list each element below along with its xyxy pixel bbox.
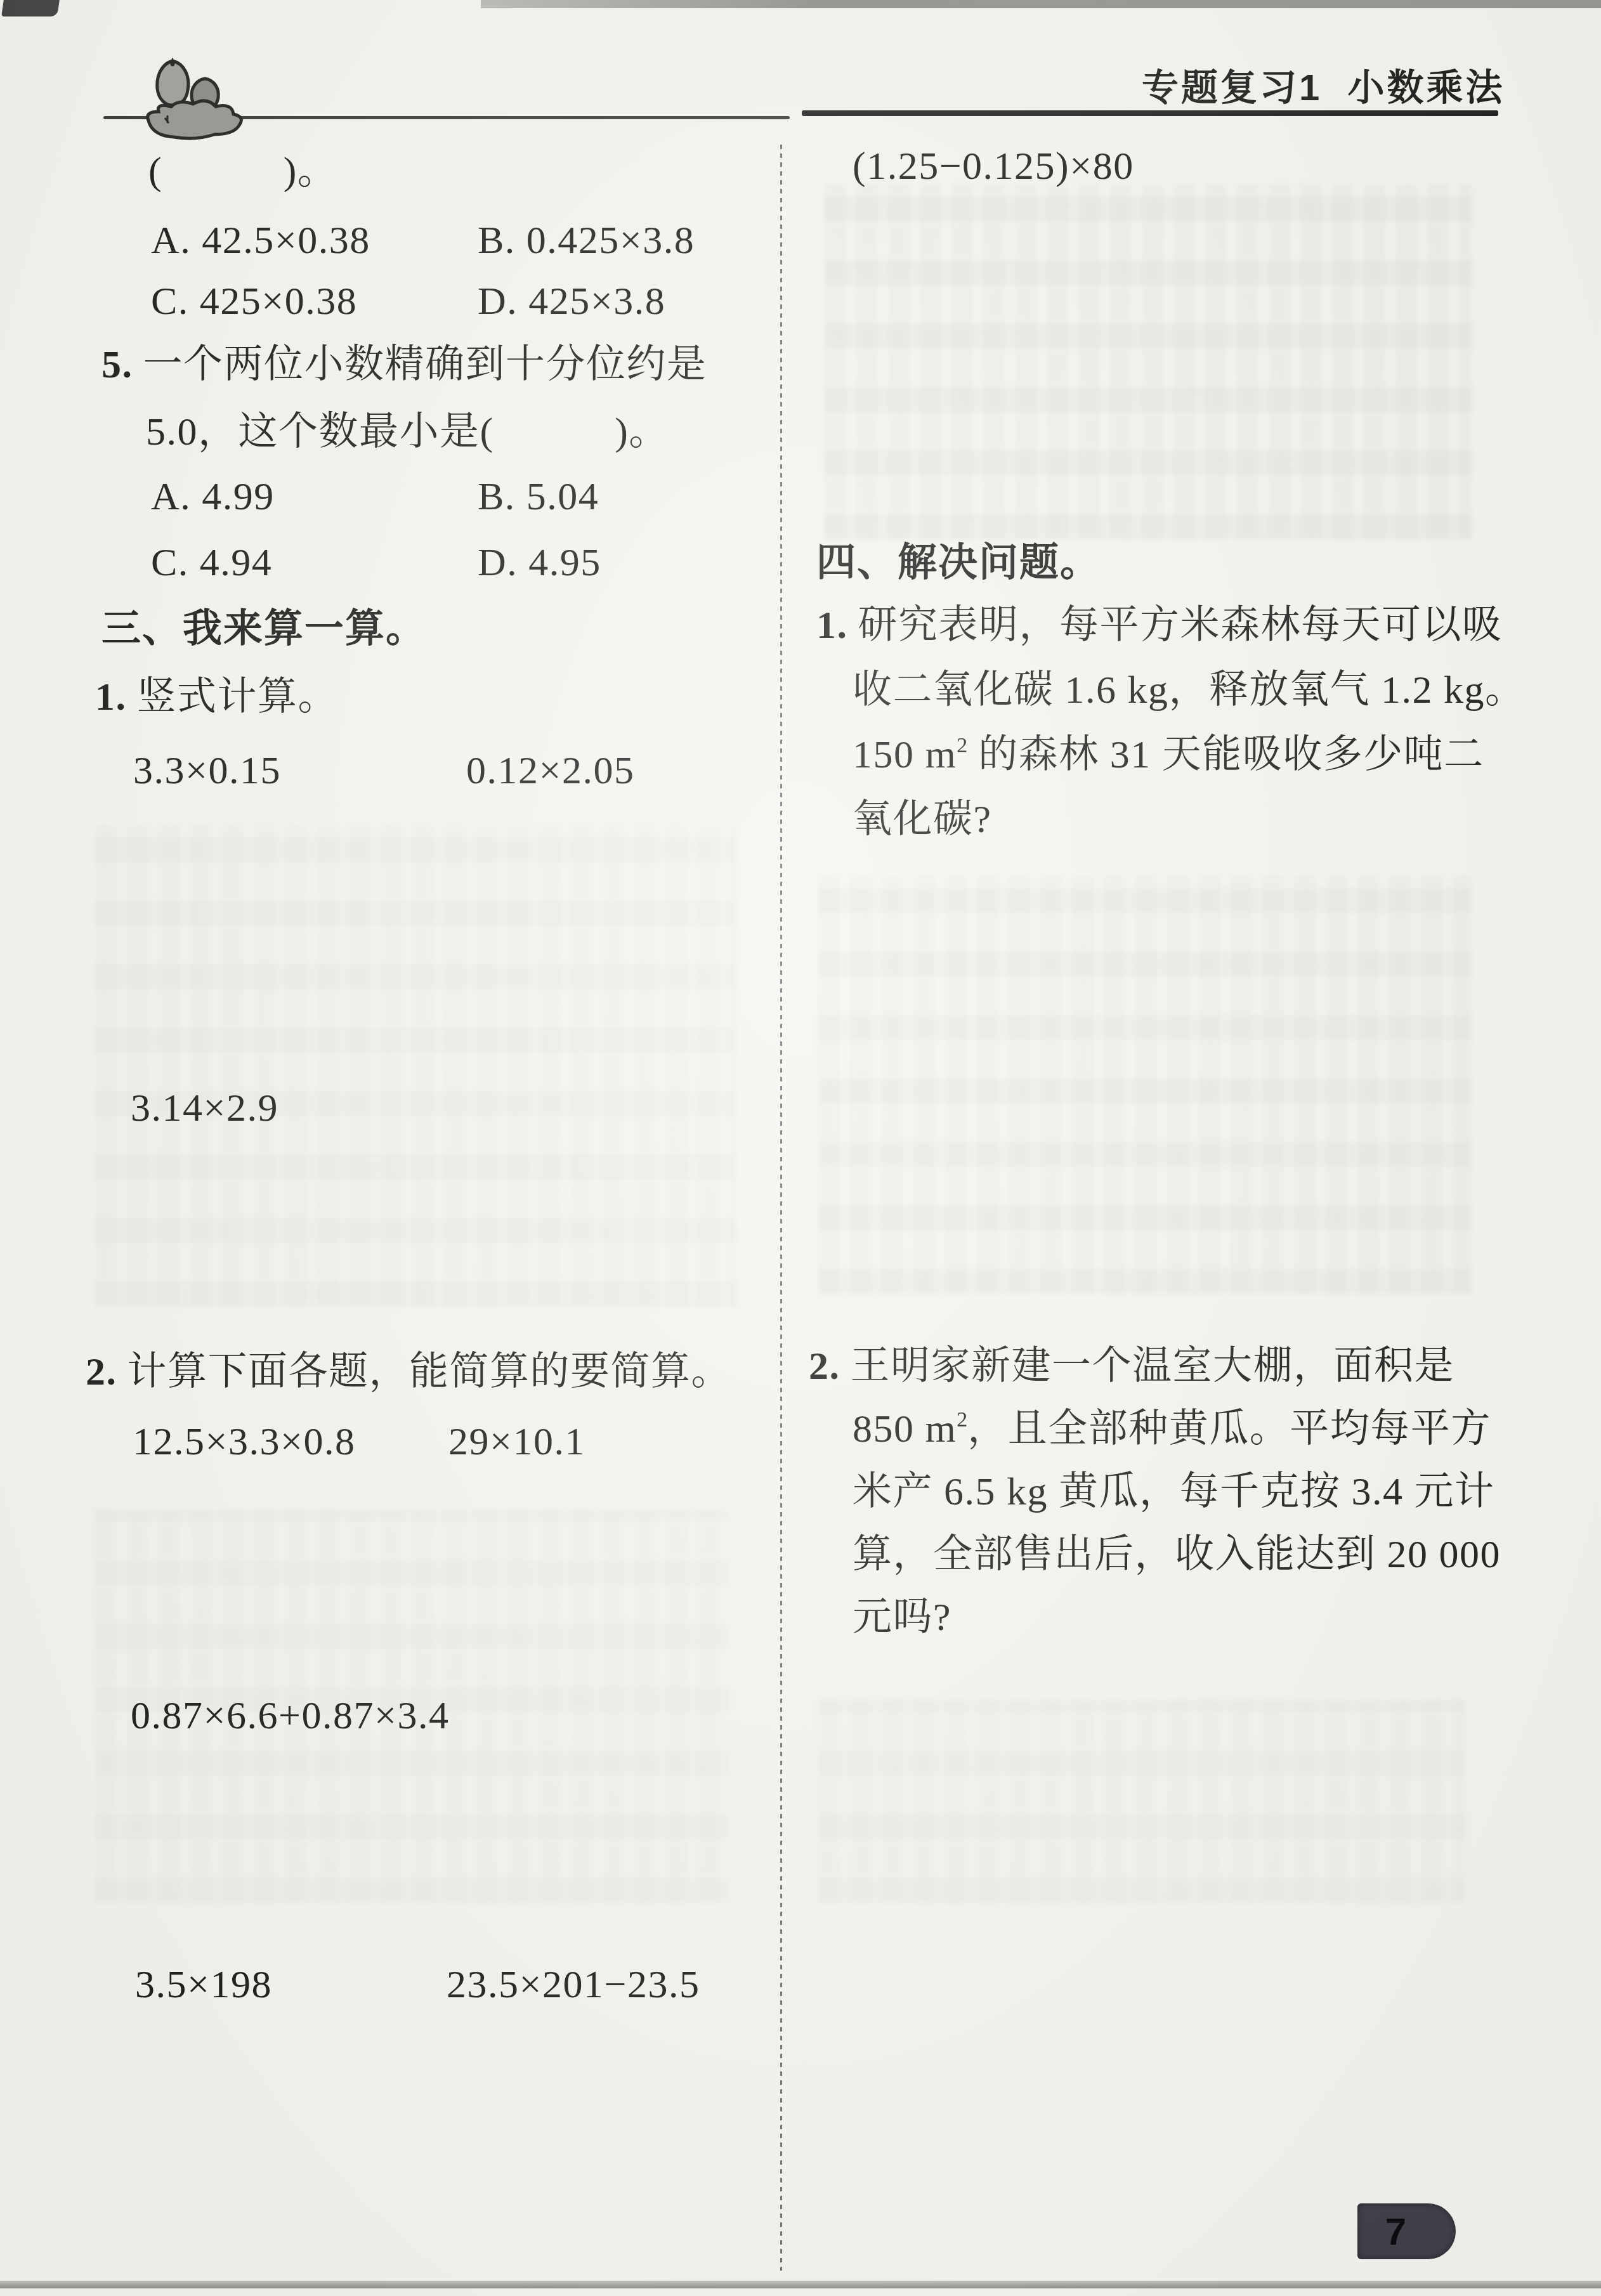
- option-a-q4: A. 42.5×0.38: [151, 218, 370, 263]
- trees-icon: [140, 57, 249, 145]
- option-a-q5: A. 4.99: [151, 474, 275, 519]
- question-5-text: 一个两位小数精确到十分位约是: [143, 343, 707, 386]
- item-1-text: 竖式计算。: [137, 675, 339, 719]
- scan-corner-smudge: [1, 0, 60, 16]
- option-c-q5: C. 4.94: [151, 540, 272, 585]
- expr-vertical-1: 3.3×0.15: [133, 748, 281, 793]
- header-underline: [802, 110, 1498, 116]
- ink-bleedthrough: [818, 1700, 1465, 1903]
- problem-2-line2: 850 m2，且全部种黄瓜。平均每平方: [853, 1407, 1491, 1452]
- option-b-q4: B. 0.425×3.8: [478, 218, 695, 263]
- problem-2-text2-pre: 850 m: [853, 1407, 957, 1451]
- problem-2-text2-post: ，且全部种黄瓜。平均每平方: [967, 1407, 1491, 1451]
- problem-1-number: 1.: [816, 604, 848, 647]
- problem-1-line4: 氧化碳?: [853, 797, 992, 842]
- question-5-number: 5.: [101, 343, 133, 386]
- page-number: 7: [1385, 2210, 1406, 2254]
- page-number-badge: 7: [1357, 2203, 1456, 2259]
- page-title: 专题复习1 小数乘法: [1142, 67, 1505, 110]
- item-2-number: 2.: [86, 1350, 117, 1393]
- option-d-q5: D. 4.95: [478, 540, 601, 585]
- option-c-q4: C. 425×0.38: [151, 279, 357, 324]
- expr-vertical-3: 3.14×2.9: [131, 1086, 278, 1131]
- blank-answer-line: ( )。: [148, 149, 337, 194]
- expr-simplify-1: 12.5×3.3×0.8: [133, 1419, 355, 1464]
- problem-2-line4: 算，全部售出后，收入能达到 20 000: [853, 1532, 1501, 1577]
- item-1-number: 1.: [95, 675, 127, 719]
- expr-simplify-5: 23.5×201−23.5: [447, 1962, 700, 2007]
- expr-simplify-3: 0.87×6.6+0.87×3.4: [131, 1693, 449, 1738]
- expr-simplify-2: 29×10.1: [448, 1419, 585, 1464]
- option-d-q4: D. 425×3.8: [478, 279, 665, 324]
- ink-bleedthrough: [825, 184, 1472, 539]
- column-divider: [780, 145, 782, 2271]
- ink-bleedthrough: [818, 875, 1472, 1294]
- scan-edge-artifact-bottom: [0, 2281, 1601, 2288]
- problem-2-number: 2.: [809, 1345, 840, 1388]
- problem-1-line1: 1.研究表明，每平方米森林每天可以吸: [816, 603, 1503, 648]
- section-3-heading: 三、我来算一算。: [101, 606, 426, 651]
- scan-edge-artifact-top: [481, 0, 1601, 8]
- expr-simplify-6: (1.25−0.125)×80: [853, 144, 1134, 189]
- item-1-heading: 1.竖式计算。: [95, 675, 338, 720]
- expr-simplify-4: 3.5×198: [135, 1962, 272, 2007]
- superscript-2: 2: [957, 1408, 967, 1432]
- problem-2-line1: 2.王明家新建一个温室大棚，面积是: [809, 1344, 1454, 1389]
- expr-vertical-2: 0.12×2.05: [466, 748, 634, 793]
- item-2-text: 计算下面各题，能简算的要简算。: [127, 1350, 732, 1393]
- item-2-heading: 2.计算下面各题，能简算的要简算。: [86, 1350, 731, 1395]
- problem-2-text1: 王明家新建一个温室大棚，面积是: [851, 1345, 1455, 1388]
- workbook-page: 专题复习1 小数乘法 ( )。 A. 42.5×0.38 B. 0.425×3.…: [0, 0, 1601, 2296]
- problem-1-line2: 收二氧化碳 1.6 kg，释放氧气 1.2 kg。: [853, 668, 1526, 713]
- question-5-line2: 5.0，这个数最小是( )。: [146, 410, 669, 455]
- question-5-line1: 5.一个两位小数精确到十分位约是: [101, 342, 707, 388]
- problem-1-line3: 150 m2 的森林 31 天能吸收多少吨二: [853, 733, 1484, 778]
- section-4-heading: 四、解决问题。: [816, 540, 1101, 585]
- superscript-2: 2: [957, 734, 967, 757]
- problem-1-text1: 研究表明，每平方米森林每天可以吸: [858, 604, 1503, 647]
- ink-bleedthrough: [95, 825, 736, 1307]
- option-b-q5: B. 5.04: [478, 474, 599, 519]
- problem-2-line5: 元吗?: [853, 1595, 951, 1640]
- problem-1-text3-post: 的森林 31 天能吸收多少吨二: [967, 733, 1484, 776]
- problem-2-line3: 米产 6.5 kg 黄瓜，每千克按 3.4 元计: [853, 1470, 1495, 1515]
- problem-1-text3-pre: 150 m: [853, 733, 957, 776]
